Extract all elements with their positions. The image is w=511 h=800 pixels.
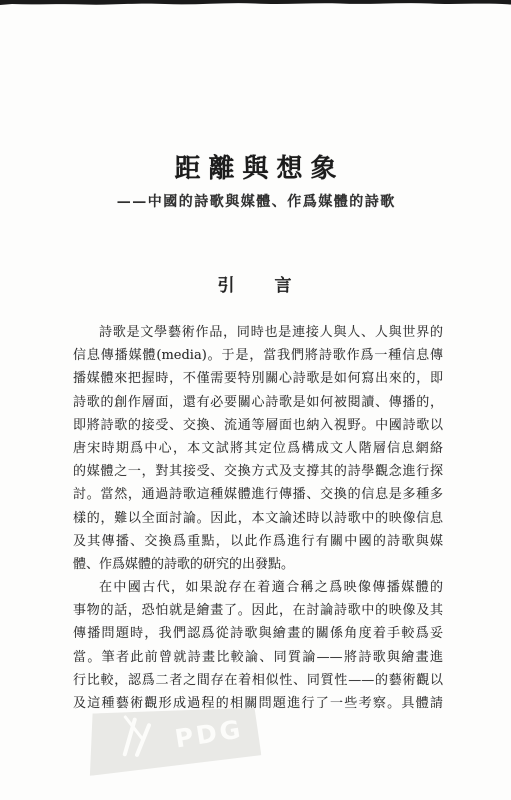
text-line: 即將詩歌的接受、交換、流通等層面也納入視野。中國詩歌以	[73, 414, 443, 437]
text-line: 體、作爲媒體的詩歌的研究的出發點。	[73, 553, 443, 576]
body-text: 詩歌是文學藝術作品，同時也是連接人與人、人與世界的信息傳播媒體(media)。于…	[73, 321, 443, 715]
text-line: 事物的話，恐怕就是繪畫了。因此，在討論詩歌中的映像及其	[73, 599, 443, 622]
paragraph: 在中國古代，如果說存在着適合稱之爲映像傳播媒體的事物的話，恐怕就是繪畫了。因此，…	[73, 576, 443, 715]
text-line: 信息傳播媒體(media)。于是，當我們將詩歌作爲一種信息傳	[73, 344, 443, 367]
text-line: 詩歌的創作層面，還有必要關心詩歌是如何被閱讀、傳播的，	[73, 391, 443, 414]
paragraph: 詩歌是文學藝術作品，同時也是連接人與人、人與世界的信息傳播媒體(media)。于…	[73, 321, 443, 576]
text-line: 討。當然，通過詩歌這種媒體進行傳播、交換的信息是多種多	[73, 483, 443, 506]
text-line: 詩歌是文學藝術作品，同時也是連接人與人、人與世界的	[73, 321, 443, 344]
text-line: 及其傳播、交換爲重點，以此作爲進行有關中國的詩歌與媒	[73, 530, 443, 553]
text-line: 樣的，難以全面討論。因此，本文論述時以詩歌中的映像信息	[73, 507, 443, 530]
section-heading: 引 言	[0, 271, 511, 296]
text-line: 在中國古代，如果說存在着適合稱之爲映像傳播媒體的	[73, 576, 443, 599]
text-line: 當。筆者此前曾就詩畫比較論、同質論——將詩歌與繪畫進	[73, 646, 443, 669]
scan-artifact-top-edge	[0, 0, 511, 8]
scanned-page: 距離與想象 ——中國的詩歌與媒體、作爲媒體的詩歌 引 言 PDG 詩歌是文學藝術…	[0, 0, 511, 800]
page-title: 距離與想象	[0, 148, 511, 185]
text-line: 播媒體來把握時，不僅需要特別關心詩歌是如何寫出來的，即	[73, 367, 443, 390]
page-subtitle: ——中國的詩歌與媒體、作爲媒體的詩歌	[0, 191, 511, 211]
text-line: 行比較，認爲二者之間存在着相似性、同質性——的藝術觀以	[73, 669, 443, 692]
text-line: 傳播問題時，我們認爲從詩歌與繪畫的關係角度着手較爲妥	[73, 622, 443, 645]
text-line: 唐宋時期爲中心，本文試將其定位爲構成文人階層信息網絡	[73, 437, 443, 460]
watermark-pdg-label: PDG	[173, 714, 245, 753]
text-line: 的媒體之一，對其接受、交換方式及支撐其的詩學觀念進行探	[73, 460, 443, 483]
text-line: 及這種藝術觀形成過程的相關問題進行了一些考察。具體請	[73, 692, 443, 715]
